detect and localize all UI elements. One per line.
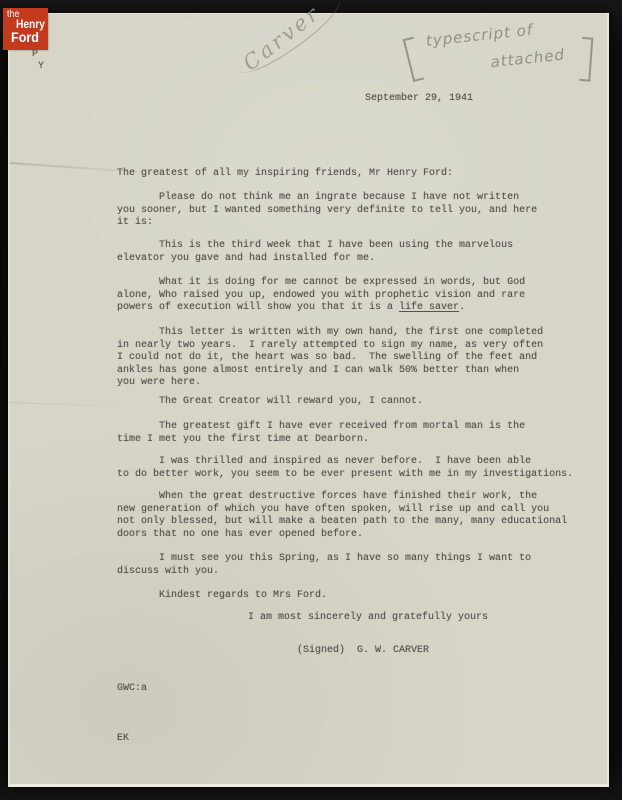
letter-date: September 29, 1941 [365, 93, 473, 106]
life-saver-underlined-text: life saver [399, 302, 459, 313]
letter-paragraph-9: I must see you this Spring, as I have so… [117, 553, 531, 578]
letter-paragraph-8: When the great destructive forces have f… [117, 491, 567, 541]
letter-paragraph-3: What it is doing for me cannot be expres… [117, 277, 525, 315]
typist-initials: GWC:a [117, 683, 147, 696]
typescript-note-line1: typescript of [425, 21, 534, 50]
letter-closing: I am most sincerely and gratefully yours [248, 612, 488, 625]
letter-paragraph-7: I was thrilled and inspired as never bef… [117, 456, 573, 481]
letter-paragraph-6: The greatest gift I have ever received f… [117, 421, 525, 446]
letter-salutation: The greatest of all my inspiring friends… [117, 168, 453, 181]
stamp-letter-p: P [32, 49, 38, 62]
paper-fold-crease-2 [10, 402, 130, 407]
letter-paragraph-4: This letter is written with my own hand,… [117, 327, 543, 390]
reference-initials: EK [117, 733, 129, 746]
letter-paragraph-1: Please do not think me an ingrate becaus… [117, 192, 537, 230]
letter-signature: (Signed) G. W. CARVER [297, 645, 429, 658]
henry-ford-logo: the Henry Ford [3, 8, 48, 50]
letter-paragraph-2: This is the third week that I have been … [117, 240, 513, 265]
left-bracket-pencil [403, 37, 424, 82]
letter-page: P Y Carver typescript of attached Septem… [8, 13, 609, 787]
paragraph-3-period: . [459, 302, 465, 313]
logo-text-ford: Ford [11, 29, 39, 45]
letter-paragraph-5: The Great Creator will reward you, I can… [117, 396, 423, 409]
letter-paragraph-10: Kindest regards to Mrs Ford. [117, 590, 327, 603]
typescript-annotation: typescript of attached [396, 6, 608, 107]
stamp-letter-y: Y [38, 61, 44, 74]
typescript-note-line2: attached [490, 46, 566, 72]
scan-background: P Y Carver typescript of attached Septem… [0, 0, 622, 800]
carver-annotation: Carver [239, 1, 325, 76]
right-bracket-pencil [579, 37, 593, 82]
